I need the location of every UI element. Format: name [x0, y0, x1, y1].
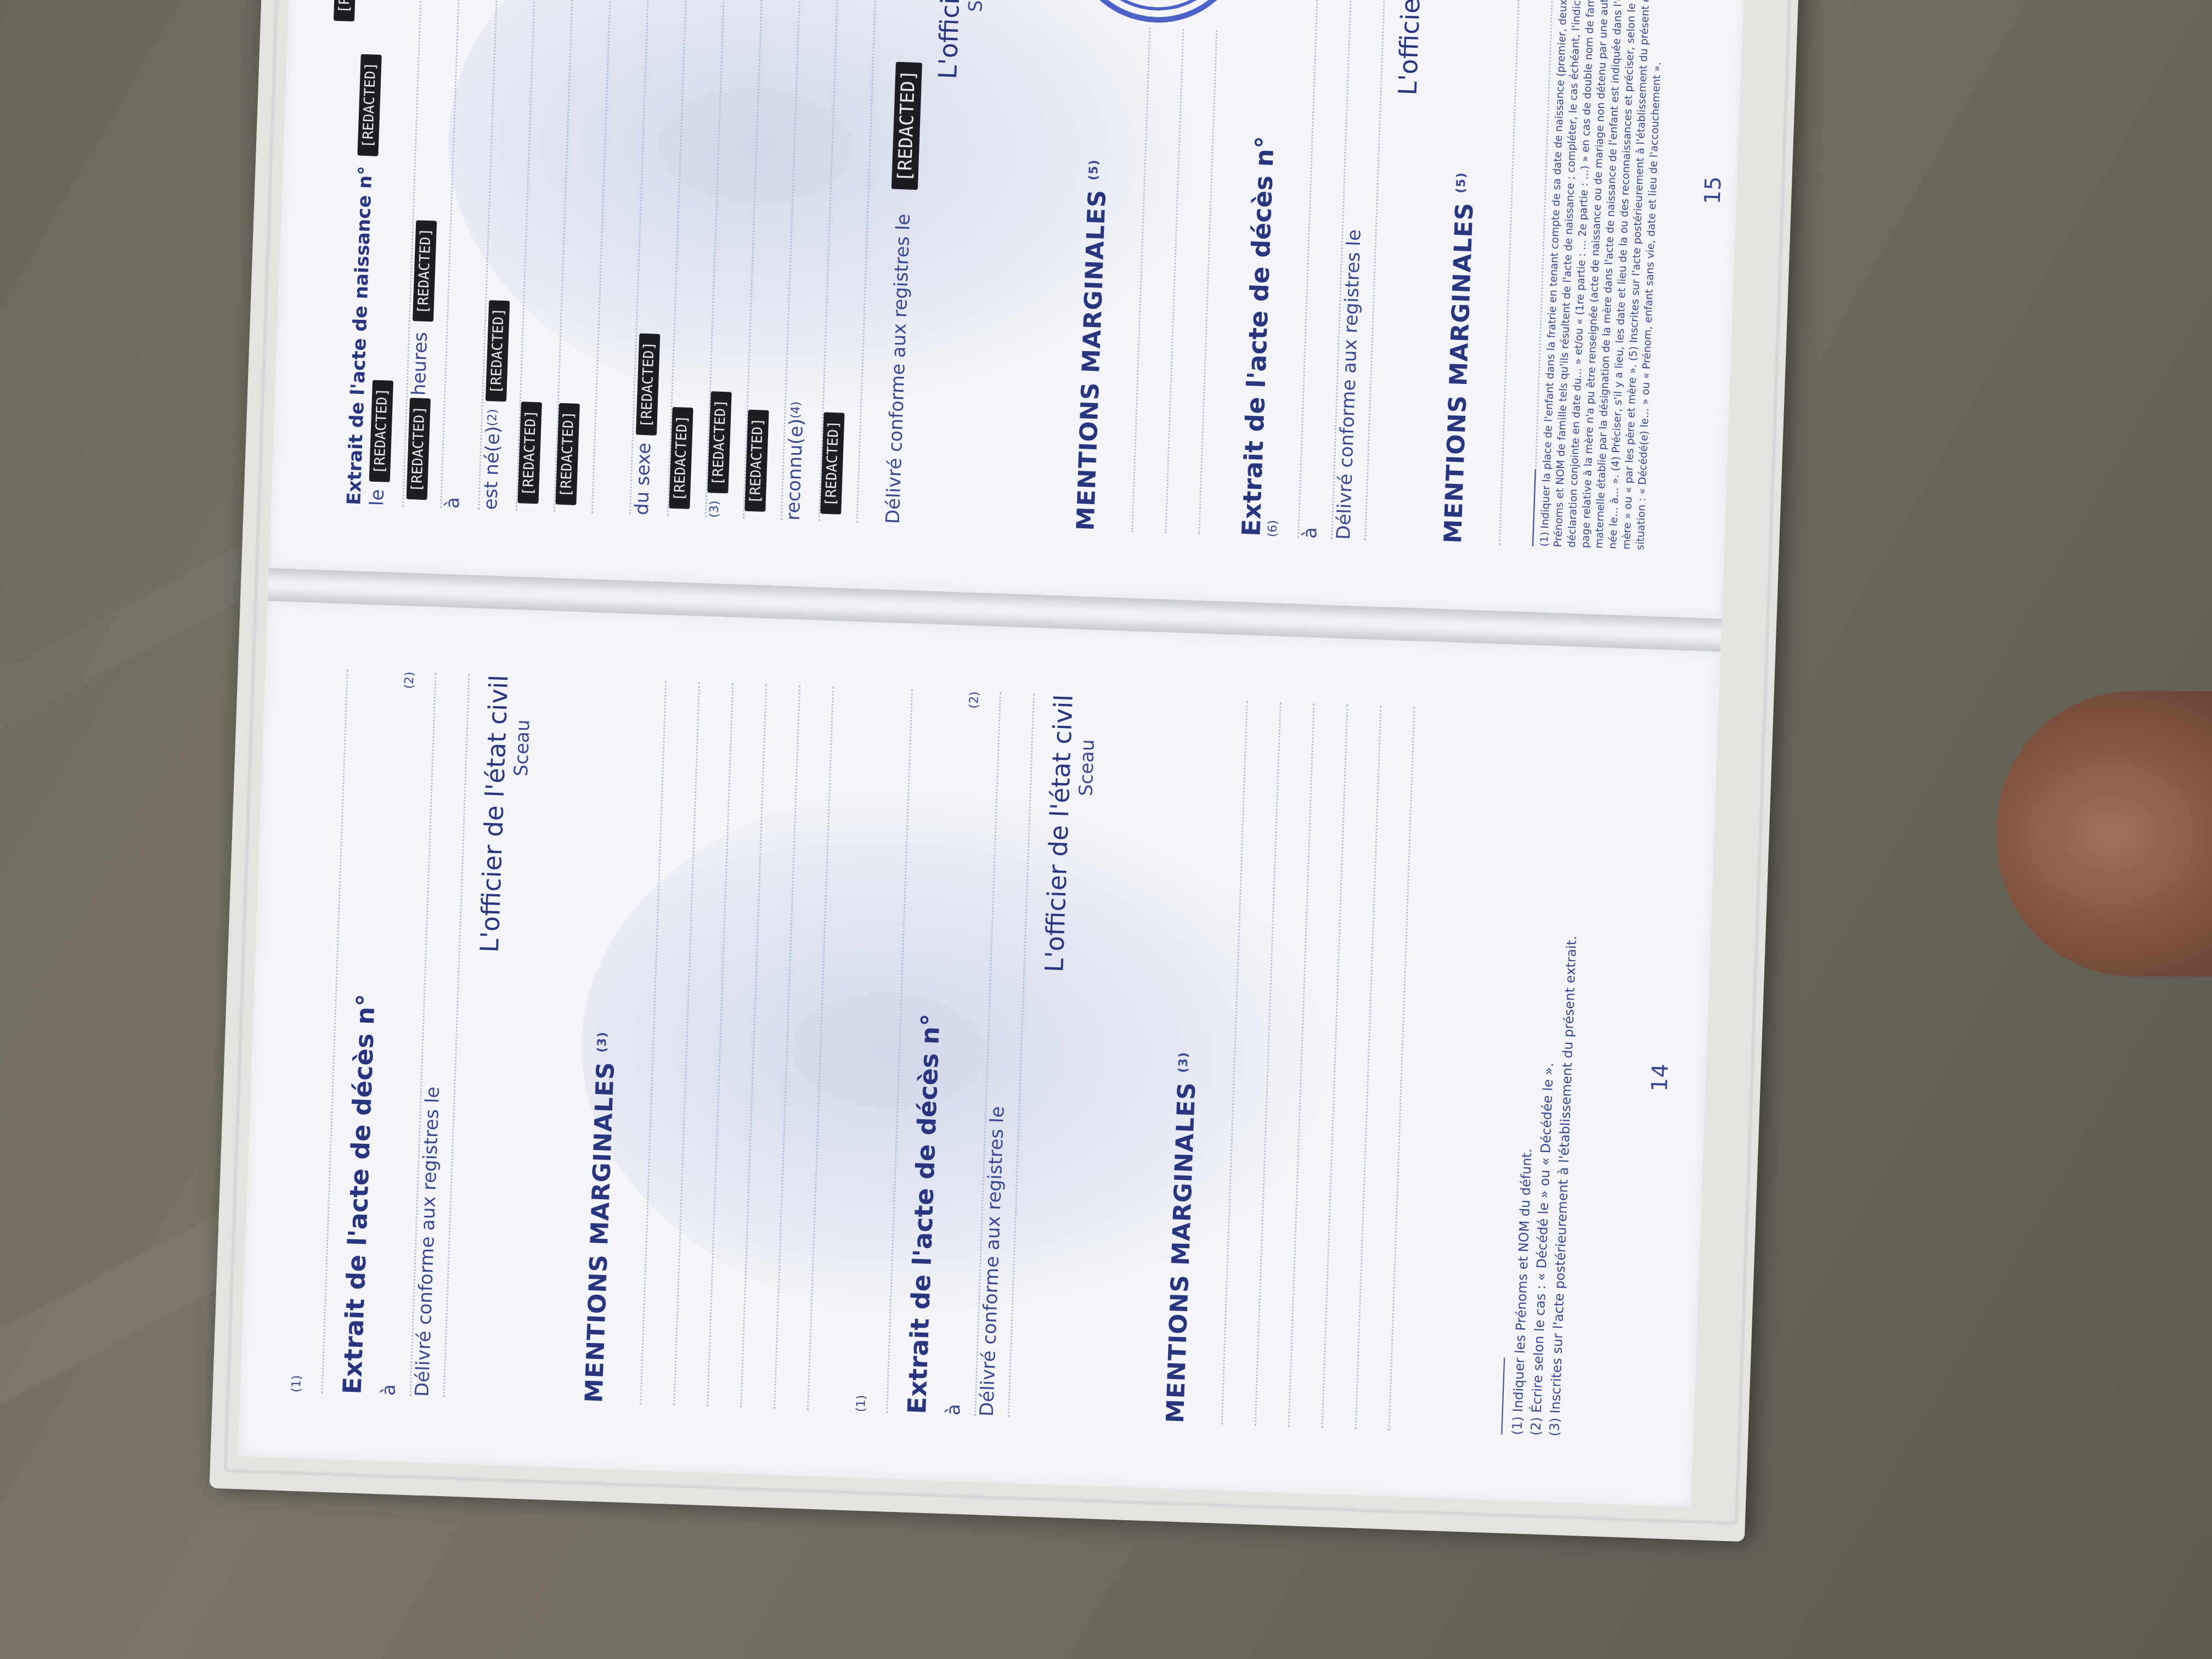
footnote-marker: (1): [854, 1395, 868, 1412]
marginal-notes-right-1: MENTIONS MARGINALES (5): [1071, 26, 1217, 535]
footnote-marker: (2): [486, 409, 500, 426]
hours-label: heures: [408, 331, 432, 396]
footnote-text: (1) Indiquer la place de l'enfant dans l…: [1538, 0, 1673, 550]
family-booklet: (1) Extrait de l'acte de décès n° à(2) D…: [238, 0, 1780, 1508]
left-footnotes: (1) Indiquer les Prénoms et NOM du défun…: [1501, 710, 1589, 1436]
right-page: [REDACTED] ENFANT (1) Extrait de l'acte …: [269, 0, 1752, 619]
marginal-notes-1: MENTIONS MARGINALES (3): [580, 679, 834, 1410]
left-page: (1) Extrait de l'acte de décès n° à(2) D…: [238, 601, 1721, 1507]
birth-extract: [REDACTED] ENFANT (1) Extrait de l'acte …: [309, 0, 995, 527]
redacted-child-name: [REDACTED]: [486, 300, 510, 402]
issued-label: Délivré conforme aux registres le: [882, 213, 915, 524]
holding-thumb: [1997, 691, 2212, 977]
footnote-marker: (6): [1266, 520, 1280, 538]
right-footnotes: (1) Indiquer la place de l'enfant dans l…: [1532, 0, 1673, 550]
marginal-notes-2: MENTIONS MARGINALES (3): [1161, 699, 1415, 1431]
date-label: le: [366, 489, 388, 506]
seal-label: Sceau: [964, 0, 989, 12]
footnote-marker: (3): [707, 500, 721, 518]
redacted-recognition: [REDACTED]: [820, 413, 844, 515]
footnote-marker: (3): [1176, 1052, 1190, 1073]
place-label: à: [442, 496, 464, 509]
footnote-marker: (1): [290, 1375, 304, 1392]
redacted-birth-hour: [REDACTED]: [407, 398, 431, 500]
redacted-declaration-date: [REDACTED]: [555, 403, 579, 505]
place-label: à: [943, 1403, 965, 1415]
footnote-marker: (5): [1454, 172, 1469, 193]
place-label: à: [1299, 527, 1322, 539]
redacted-birth-rank: [REDACTED]: [334, 0, 358, 21]
sex-label: du sexe: [631, 442, 656, 515]
death-extract-1: (1) Extrait de l'acte de décès n° à(2) D…: [290, 668, 536, 1400]
redacted-mother-details: [REDACTED]: [707, 391, 731, 493]
recognized-label: reconnu(e): [782, 418, 808, 521]
born-label: est né(e): [479, 426, 504, 510]
redacted-birth-minute: [REDACTED]: [413, 220, 437, 322]
page-number: 14: [1633, 650, 1688, 1506]
footnote-marker: (2): [967, 691, 981, 709]
redacted-birth-date: [REDACTED]: [369, 380, 393, 482]
death-extract-right: Extrait de l'acte de décès n° (6) à Déli…: [1236, 0, 1454, 543]
footnote-marker: (2): [403, 672, 417, 689]
death-extract-2: (1) Extrait de l'acte de décès n° à(2) D…: [854, 688, 1101, 1419]
redacted-mother-birth-details: [REDACTED]: [744, 410, 769, 512]
redacted-act-number: [REDACTED]: [357, 54, 381, 156]
footnote-marker: (5): [1087, 159, 1101, 180]
redacted-issue-date-stamp: [REDACTED]: [891, 61, 922, 190]
redacted-sex-and-birthplace: [REDACTED]: [636, 334, 660, 436]
redacted-birthplace-region: [REDACTED]: [669, 407, 693, 509]
footnote-marker: (3): [595, 1031, 610, 1053]
place-label: à: [378, 1384, 400, 1396]
footnote-marker: (4): [789, 401, 803, 419]
redacted-name-declaration: [REDACTED]: [517, 402, 541, 504]
